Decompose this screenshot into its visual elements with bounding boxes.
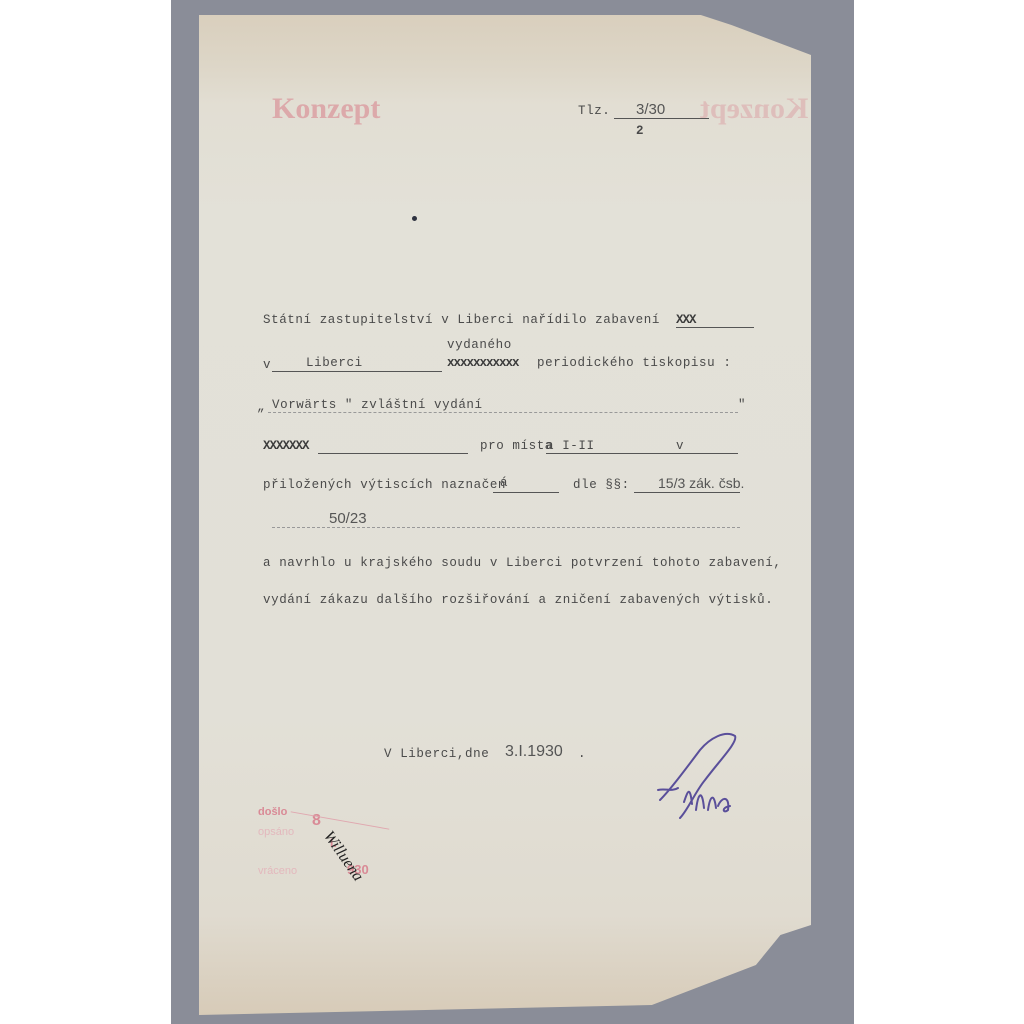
line-5-underline-b: [634, 492, 740, 493]
reference-label: Tlz.: [578, 104, 610, 118]
line-5-dle: dle §§:: [573, 478, 630, 492]
ink-dot: [412, 216, 417, 221]
line-5-law: 15/3 zák. čsb.: [658, 475, 744, 491]
line-3-underline: [268, 412, 738, 413]
line-4-underline-a: [318, 453, 468, 454]
date-value: 3.I.1930: [505, 743, 563, 761]
line-2-rest: periodického tiskopisu :: [537, 356, 731, 370]
line-5-text: přiložených výtiscích naznačen: [263, 478, 506, 492]
line-4-places: a I-II: [546, 439, 595, 453]
reference-sub: 2: [636, 124, 644, 138]
date-prefix: V Liberci,dne: [384, 747, 489, 761]
line-2-underline: [272, 371, 442, 372]
signature-icon: [650, 730, 750, 825]
line-3-open-quote: „: [257, 400, 265, 414]
line-4-v: v: [676, 439, 684, 453]
line-3-title: Vorwärts " zvláštní vydání: [272, 398, 483, 412]
line-1-text: Státní zastupitelství v Liberci nařídilo…: [263, 313, 660, 327]
line-8-text: vydání zákazu dalšího rozšiřování a znič…: [263, 593, 773, 607]
line-2-prefix: v: [263, 358, 271, 372]
line-1-underline: [676, 327, 754, 328]
line-3-close-quote: ": [738, 398, 746, 412]
date-suffix: .: [578, 747, 586, 761]
konzept-stamp-bleed: Konzept: [700, 92, 808, 126]
line-4-underline-b: [546, 453, 738, 454]
received-stamp-line-4: vráceno: [258, 865, 297, 877]
line-6-underline: [272, 527, 740, 528]
line-2-struck: xxxxxxxxxxx: [447, 356, 519, 370]
konzept-stamp: Konzept: [272, 92, 380, 126]
line-2-overwrite: vydaného: [447, 338, 512, 352]
line-5-underline-a: [493, 492, 559, 493]
line-1-struck: XXX: [676, 313, 696, 327]
reference-underline: [614, 118, 709, 119]
line-7-text: a navrhlo u krajského soudu v Liberci po…: [263, 556, 781, 570]
received-stamp-line-2: opsáno: [258, 826, 294, 838]
reference-number: 3/30: [636, 101, 665, 118]
line-5-fill: á: [500, 476, 508, 490]
line-4-struck: XXXXXXX: [263, 439, 309, 453]
line-6-law: 50/23: [329, 510, 367, 527]
line-2-place: Liberci: [306, 356, 363, 370]
line-4-mid: pro místa: [480, 439, 553, 453]
received-stamp-line-1: došlo: [258, 806, 287, 818]
